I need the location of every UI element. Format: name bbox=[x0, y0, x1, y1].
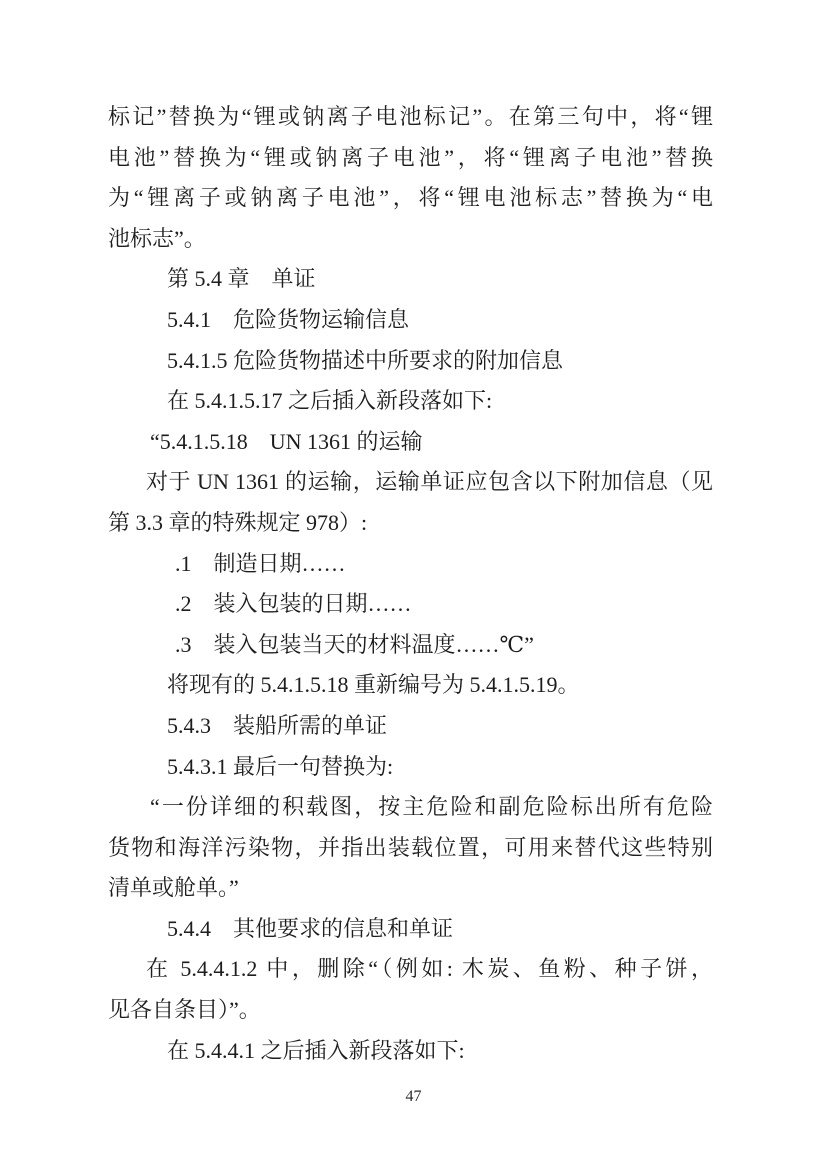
section-heading-5-4-3-1: 5.4.3.1 最后一句替换为: bbox=[108, 747, 713, 788]
instruction-line: 在 5.4.4.1 之后插入新段落如下: bbox=[108, 1031, 713, 1072]
instruction-line: 在 5.4.1.5.17 之后插入新段落如下: bbox=[108, 381, 713, 422]
paragraph-line: 对于 UN 1361 的运输，运输单证应包含以下附加信息（见 bbox=[108, 462, 713, 503]
instruction-line: 见各自条目）”。 bbox=[108, 990, 713, 1031]
quoted-paragraph-line: 清单或舱单。” bbox=[108, 868, 713, 909]
paragraph-line: 第 3.3 章的特殊规定 978）: bbox=[108, 503, 713, 544]
section-heading-5-4-1: 5.4.1 危险货物运输信息 bbox=[108, 300, 713, 341]
quoted-paragraph-line: “一份详细的积载图，按主危险和副危险标出所有危险 bbox=[108, 787, 713, 828]
paragraph-line: 为“锂离子或钠离子电池”，将“锂电池标志”替换为“电 bbox=[108, 178, 713, 219]
paragraph-line: 标记”替换为“锂或钠离子电池标记”。在第三句中，将“锂 bbox=[108, 97, 713, 138]
paragraph-line: 电池”替换为“锂或钠离子电池”，将“锂离子电池”替换 bbox=[108, 138, 713, 179]
quoted-paragraph-line: 货物和海洋污染物，并指出装载位置，可用来替代这些特别 bbox=[108, 828, 713, 869]
section-heading-5-4-3: 5.4.3 装船所需的单证 bbox=[108, 706, 713, 747]
list-item-2: .2 装入包装的日期…… bbox=[108, 584, 713, 625]
document-body: 标记”替换为“锂或钠离子电池标记”。在第三句中，将“锂 电池”替换为“锂或钠离子… bbox=[108, 97, 713, 1071]
page-number: 47 bbox=[0, 1087, 827, 1107]
chapter-heading: 第 5.4 章 单证 bbox=[108, 259, 713, 300]
section-heading-5-4-4: 5.4.4 其他要求的信息和单证 bbox=[108, 909, 713, 950]
instruction-line: 在 5.4.4.1.2 中，删除“（例如: 木炭、鱼粉、种子饼， bbox=[108, 949, 713, 990]
paragraph-line: 池标志”。 bbox=[108, 219, 713, 260]
instruction-line: 将现有的 5.4.1.5.18 重新编号为 5.4.1.5.19。 bbox=[108, 665, 713, 706]
document-page: 标记”替换为“锂或钠离子电池标记”。在第三句中，将“锂 电池”替换为“锂或钠离子… bbox=[0, 0, 827, 1170]
list-item-1: .1 制造日期…… bbox=[108, 544, 713, 585]
section-heading-5-4-1-5: 5.4.1.5 危险货物描述中所要求的附加信息 bbox=[108, 341, 713, 382]
inserted-clause-heading: “5.4.1.5.18 UN 1361 的运输 bbox=[108, 422, 713, 463]
list-item-3: .3 装入包装当天的材料温度……℃” bbox=[108, 625, 713, 666]
